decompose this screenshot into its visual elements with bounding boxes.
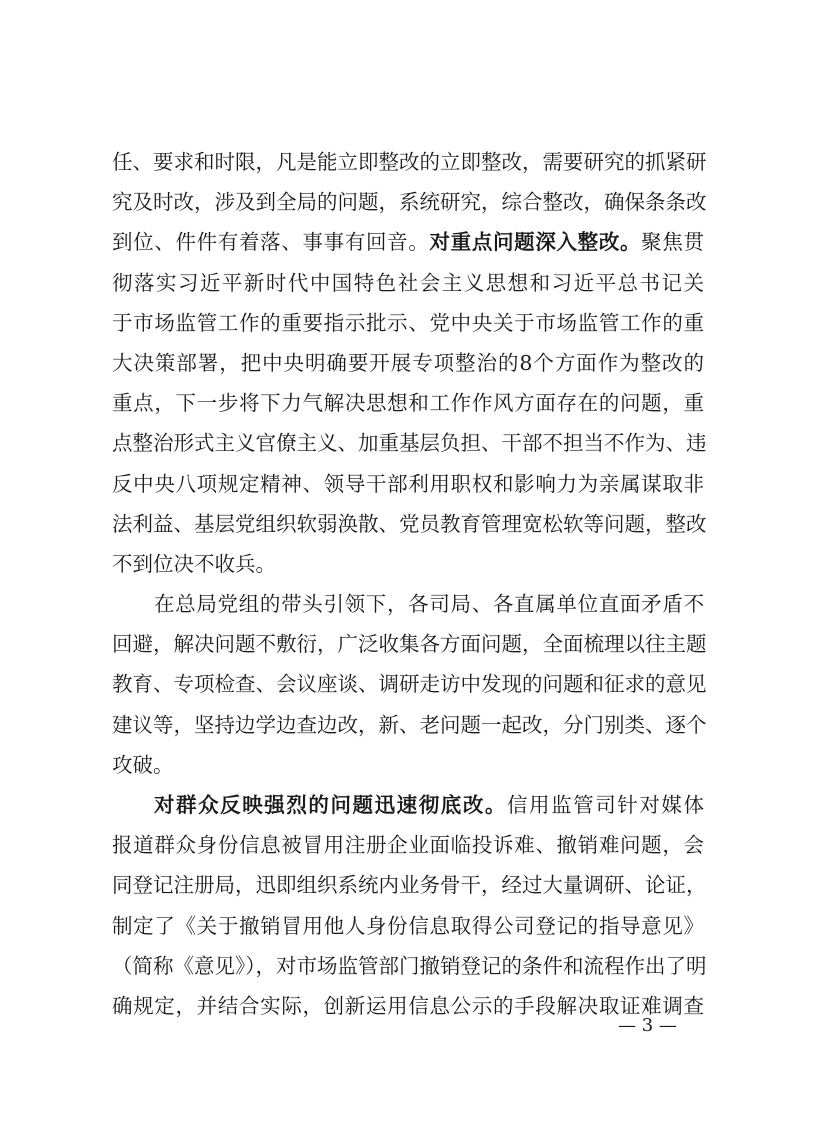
text-line: 重点，下一步将下力气解决思想和工作作风方面存在的问题，重 — [112, 383, 704, 423]
page-number: — 3 — — [618, 1014, 677, 1038]
text-line: 反中央八项规定精神、领导干部利用职权和影响力为亲属谋取非 — [112, 464, 704, 504]
text-line: 同登记注册局，迅即组织系统内业务骨干，经过大量调研、论证， — [112, 865, 704, 905]
text-line: 教育、专项检查、会议座谈、调研走访中发现的问题和征求的意见 — [112, 664, 704, 704]
text-line: 确规定，并结合实际，创新运用信息公示的手段解决取证难调查 — [112, 986, 704, 1026]
text-span: 聚焦贯 — [641, 230, 704, 254]
text-line: 彻落实习近平新时代中国特色社会主义思想和习近平总书记关 — [112, 263, 704, 303]
text-line: 大决策部署，把中央明确要开展专项整治的8个方面作为整改的 — [112, 343, 704, 383]
text-line: （简称《意见》），对市场监管部门撤销登记的条件和流程作出了明 — [112, 946, 704, 986]
text-line: 攻破。 — [112, 745, 704, 785]
text-line: 于市场监管工作的重要指示批示、党中央关于市场监管工作的重 — [112, 303, 704, 343]
text-line: 法利益、基层党组织软弱涣散、党员教育管理宽松软等问题，整改 — [112, 504, 704, 544]
text-line: 到位、件件有着落、事事有回音。对重点问题深入整改。聚焦贯 — [112, 222, 704, 262]
text-line: 回避，解决问题不敷衍，广泛收集各方面问题，全面梳理以往主题 — [112, 624, 704, 664]
text-span: 信用监管司针对媒体 — [507, 793, 704, 817]
document-body: 任、要求和时限，凡是能立即整改的立即整改，需要研究的抓紧研 究及时改，涉及到全局… — [112, 142, 704, 1026]
text-line: 制定了《关于撤销冒用他人身份信息取得公司登记的指导意见》 — [112, 906, 704, 946]
text-line: 任、要求和时限，凡是能立即整改的立即整改，需要研究的抓紧研 — [112, 142, 704, 182]
paragraph-first-line: 对群众反映强烈的问题迅速彻底改。信用监管司针对媒体 — [112, 785, 704, 825]
text-line: 点整治形式主义官僚主义、加重基层负担、干部不担当不作为、违 — [112, 423, 704, 463]
paragraph-first-line: 在总局党组的带头引领下，各司局、各直属单位直面矛盾不 — [112, 584, 704, 624]
text-line: 报道群众身份信息被冒用注册企业面临投诉难、撤销难问题，会 — [112, 825, 704, 865]
bold-heading-inline: 对群众反映强烈的问题迅速彻底改。 — [154, 793, 507, 817]
text-line: 不到位决不收兵。 — [112, 544, 704, 584]
text-line: 究及时改，涉及到全局的问题，系统研究，综合整改，确保条条改 — [112, 182, 704, 222]
bold-heading-inline: 对重点问题深入整改。 — [430, 230, 642, 254]
text-span: 到位、件件有着落、事事有回音。 — [112, 230, 430, 254]
text-line: 建议等，坚持边学边查边改，新、老问题一起改，分门别类、逐个 — [112, 705, 704, 745]
